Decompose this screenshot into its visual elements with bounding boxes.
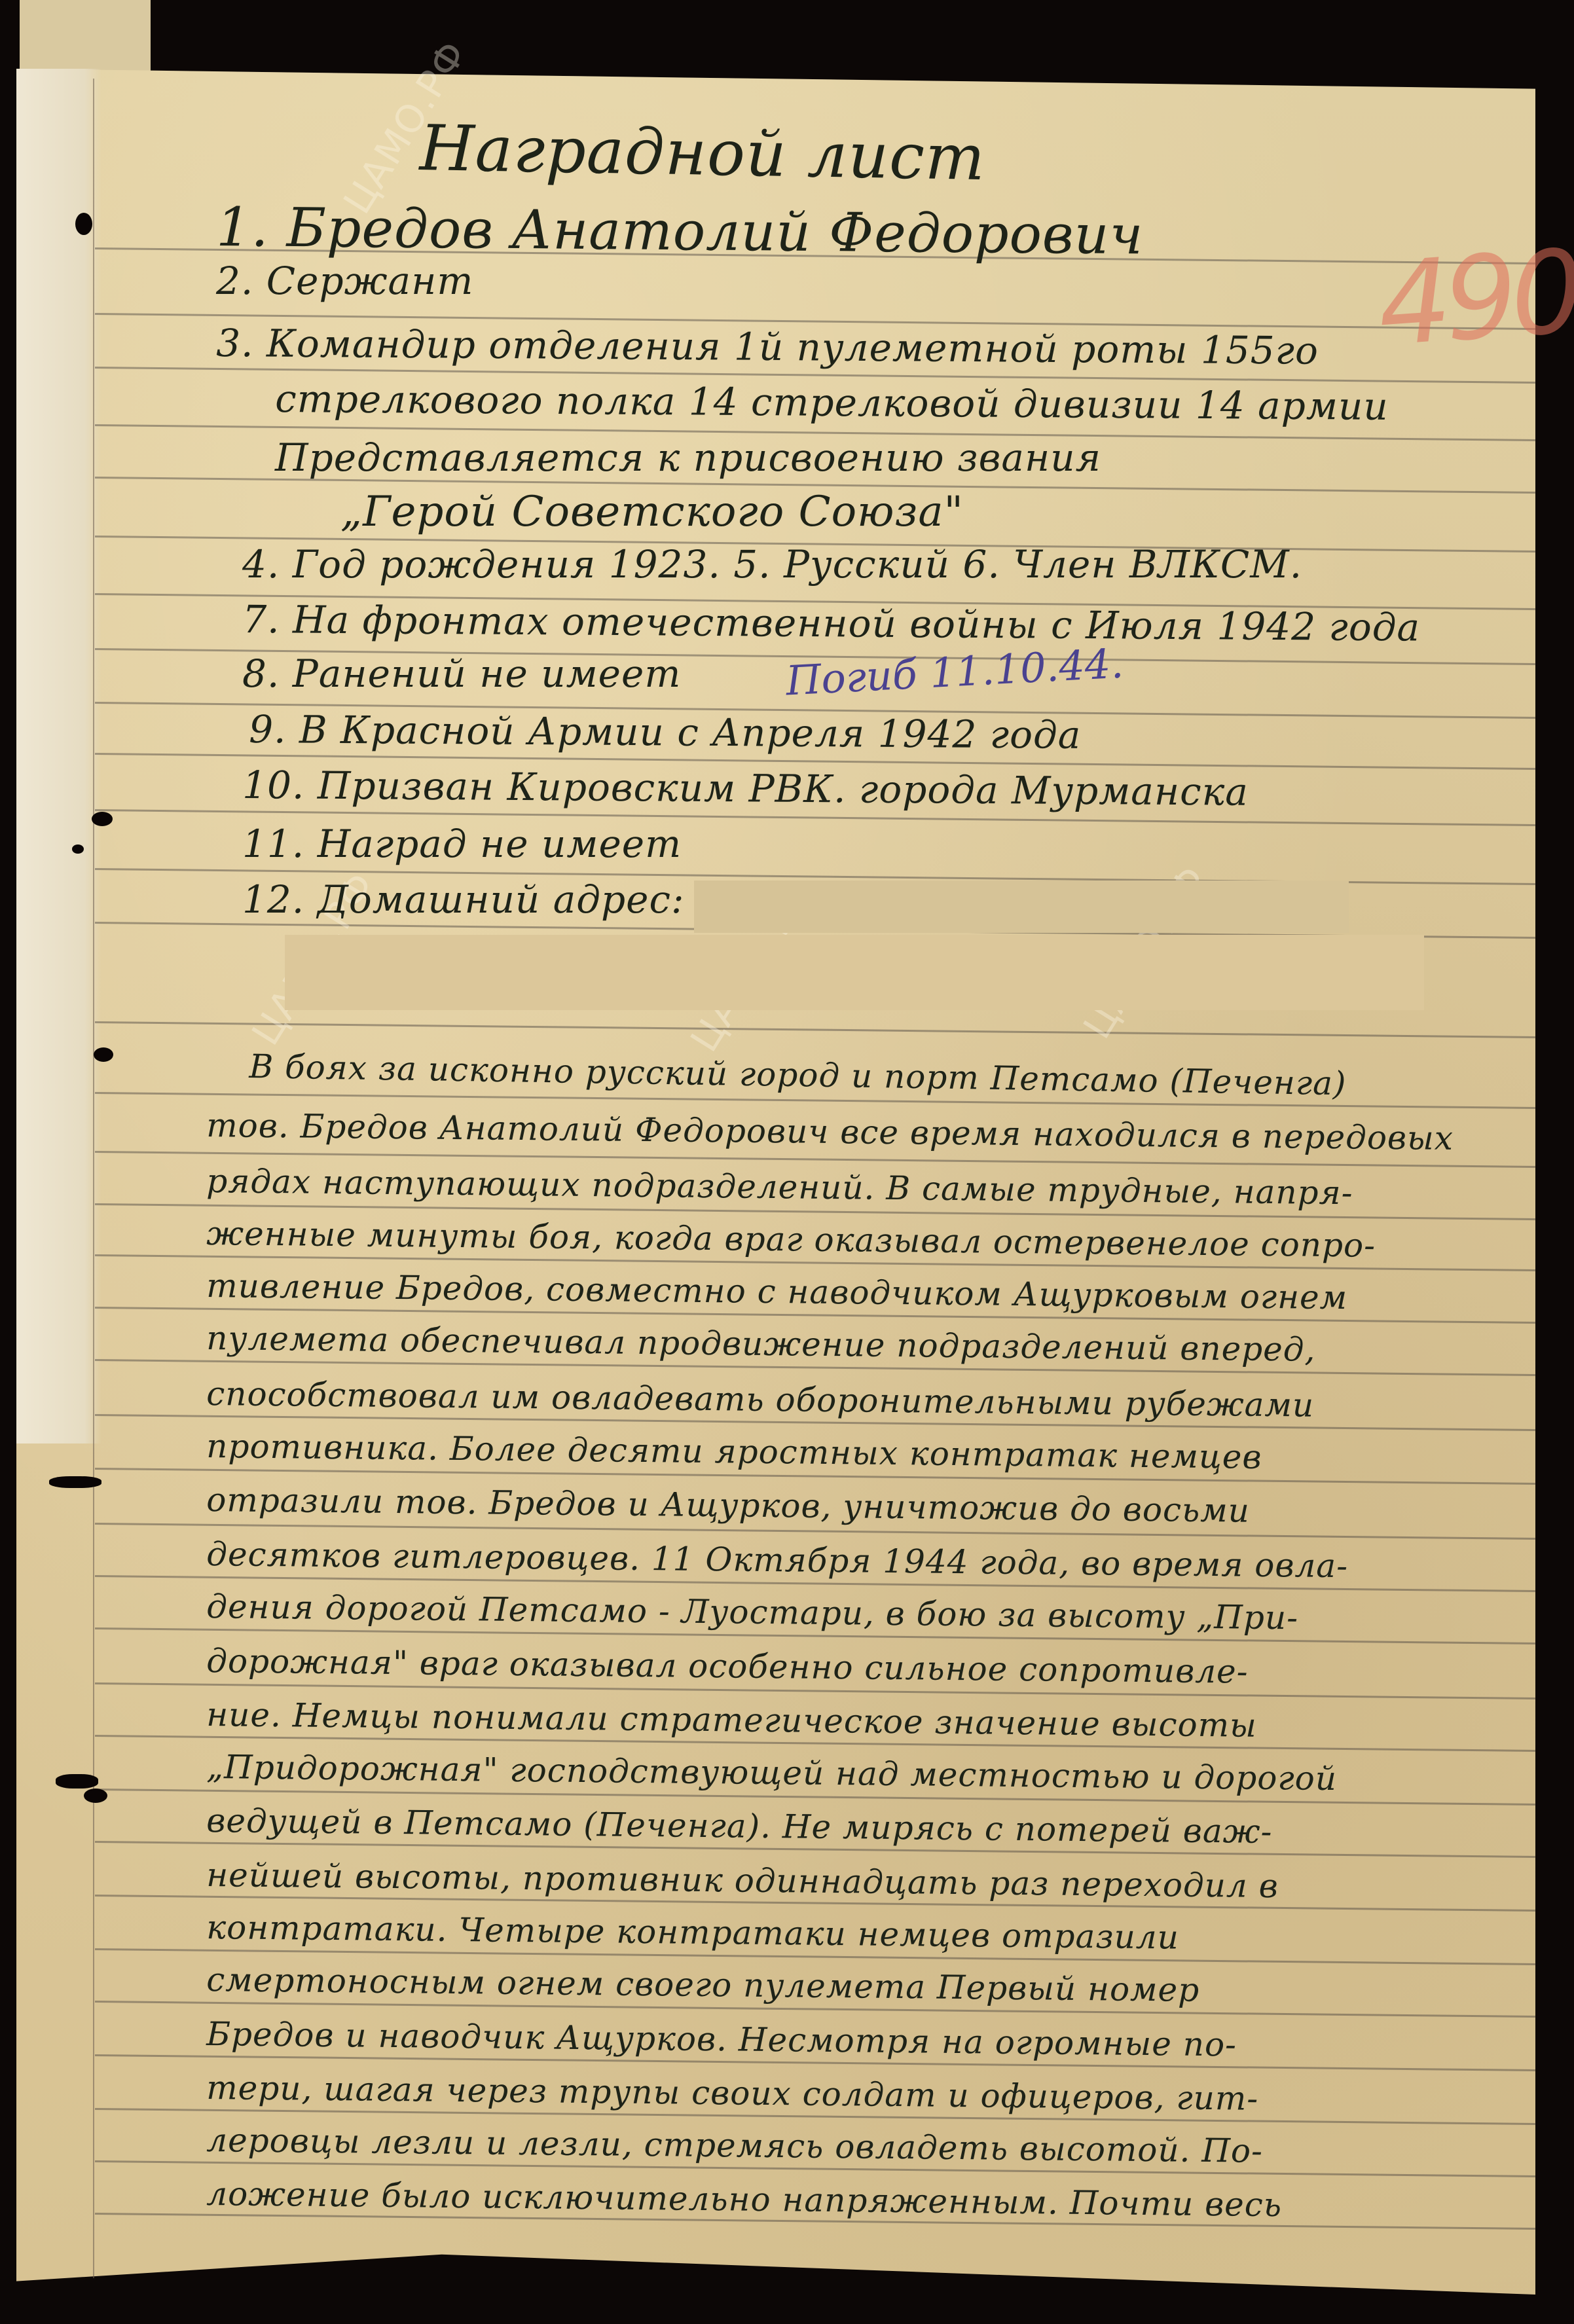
field-front-service: 7. На фронтах отечественной войны с Июля… [242, 597, 1420, 650]
redacted-address [285, 935, 1424, 1010]
redacted-address [694, 881, 1349, 933]
field-home-address: 12. Домашний адрес: [242, 877, 685, 922]
document-title: Наградной лист [419, 111, 986, 194]
binding-hole [56, 1774, 98, 1788]
binding-hole [94, 1047, 113, 1062]
red-pencil-mark: 490 [1374, 226, 1574, 372]
field-rank: 2. Сержант [216, 259, 473, 303]
paste-strip [16, 69, 101, 1443]
field-conscripted: 10. Призван Кировским РВК. города Мурман… [242, 763, 1249, 814]
margin-line [93, 79, 94, 2278]
field-name: 1. Бредов Анатолий Федорович [216, 196, 1144, 266]
field-birth-nationality-party: 4. Год рождения 1923. 5. Русский 6. Член… [242, 542, 1302, 587]
field-awards: 11. Наград не имеет [242, 822, 682, 866]
field-red-army: 9. В Красной Армии с Апреля 1942 года [249, 707, 1082, 757]
field-nomination: Представляется к присвоению звания [275, 435, 1101, 480]
binding-hole [92, 812, 113, 826]
field-wounds: 8. Ранений не имеет [242, 651, 681, 696]
field-hero-title: „Герой Советского Союза" [340, 488, 964, 536]
field-position-cont: стрелкового полка 14 стрелковой дивизии … [275, 376, 1389, 429]
binding-hole [84, 1788, 107, 1803]
binding-hole [49, 1476, 101, 1488]
binding-hole [75, 213, 92, 235]
backing-paper-strip [20, 0, 151, 79]
binding-hole [72, 844, 84, 854]
field-position: 3. Командир отделения 1й пулеметной роты… [216, 321, 1319, 373]
